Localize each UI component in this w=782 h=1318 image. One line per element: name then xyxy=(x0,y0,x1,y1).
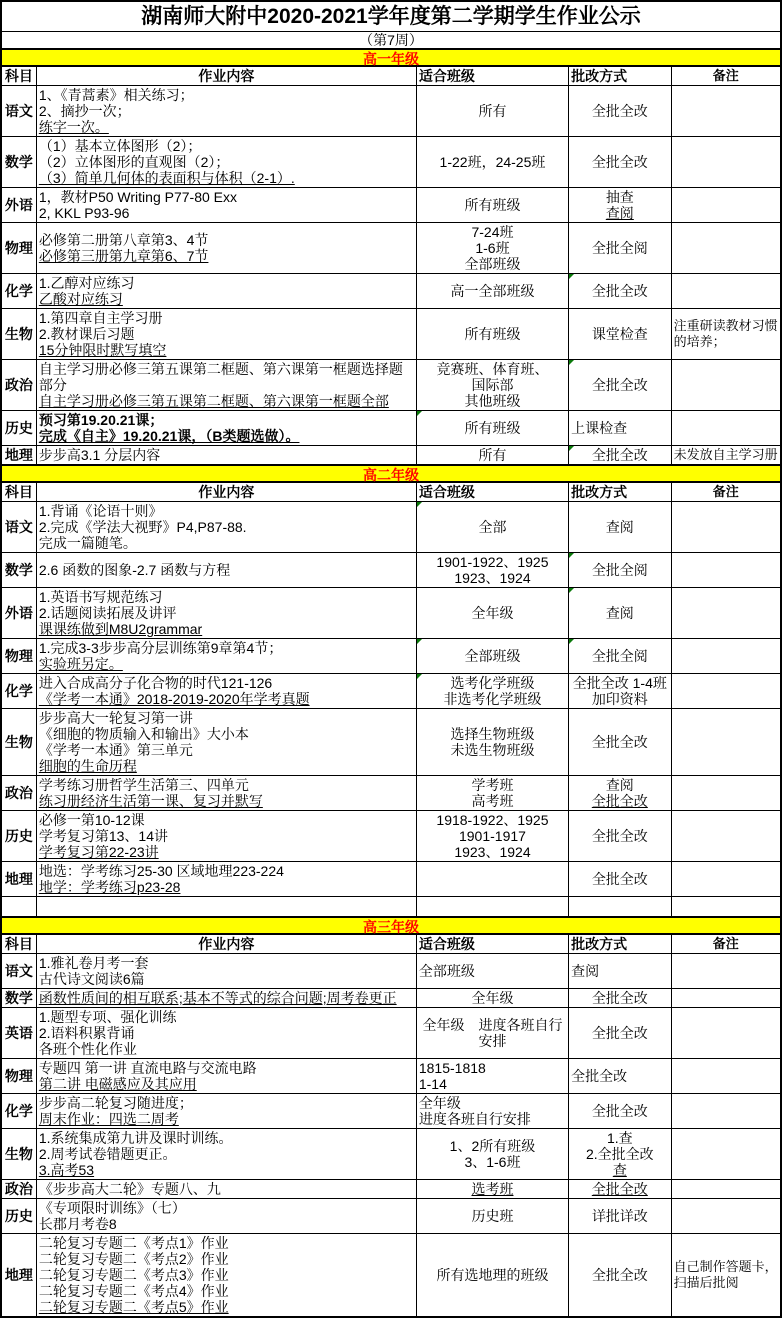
cell-line: 1.雅礼卷月考一套 xyxy=(39,955,149,971)
cell-line: 1923、1924 xyxy=(454,570,530,586)
content-cell: 2.6 函数的图象-2.7 函数与方程 xyxy=(36,553,416,587)
cell-line: 预习第19.20.21课； xyxy=(39,412,164,428)
method-cell: 全批全改 xyxy=(568,86,670,136)
content-cell: 专题四 第一讲 直流电路与交流电路第二讲 电磁感应及其应用 xyxy=(36,1059,416,1093)
cell-line: 自主学习册必修三第五课第二框题、第六课第一框题全部 xyxy=(39,393,389,409)
content-cell: 1.背诵《论语十则》2.完成《学法大视野》P4,P87-88.完成一篇随笔。 xyxy=(36,502,416,552)
subject-cell: 物理 xyxy=(2,1059,36,1093)
cell-line: 第二讲 电磁感应及其应用 xyxy=(39,1076,197,1092)
table-row: 化学进入合成高分子化合物的时代121-126《学考一本通》2018-2019-2… xyxy=(2,673,780,708)
header-row: 科目作业内容适合班级批改方式备注 xyxy=(2,66,780,85)
table-row: 语文1.背诵《论语十则》2.完成《学法大视野》P4,P87-88.完成一篇随笔。… xyxy=(2,501,780,552)
classes-cell: 全部 xyxy=(416,502,568,552)
cell-line: 完成一篇随笔。 xyxy=(39,535,137,551)
cell-line: 学考练习册哲学生活第三、四单元 xyxy=(39,777,249,793)
subject-cell: 政治 xyxy=(2,776,36,810)
classes-cell: 1-22班，24-25班 xyxy=(416,137,568,187)
classes-cell: 选考化学班级非选考化学班级 xyxy=(416,674,568,708)
column-header: 科目 xyxy=(2,67,36,85)
table-row: 政治自主学习册必修三第五课第二框题、第六课第一框题选择题部分自主学习册必修三第五… xyxy=(2,359,780,410)
content-cell: 《步步高大二轮》专题八、九 xyxy=(36,1180,416,1198)
cell-line: 2.完成《学法大视野》P4,P87-88. xyxy=(39,519,247,535)
cell-line: 实验班另定。 xyxy=(39,656,123,672)
table-row: 生物1.系统集成第九讲及课时训练。2.周考试卷错题更正。3.高考531、2所有班… xyxy=(2,1128,780,1179)
table-row: 历史《专项限时训练》（七）长郡月考卷8历史班详批详改 xyxy=(2,1198,780,1233)
cell-line: 高考班 xyxy=(471,793,513,809)
cell-line: 全批全改 xyxy=(592,283,648,299)
method-cell: 全批全改 xyxy=(568,811,670,861)
section-banner: 高二年级 xyxy=(2,464,780,482)
subject-cell xyxy=(2,897,36,916)
cell-line: 《学考一本通》2018-2019-2020年学考真题 xyxy=(39,691,310,707)
cell-line: 所有班级 xyxy=(464,197,520,213)
cell-line: 全批全改 xyxy=(592,103,648,119)
cell-line: 3.高考53 xyxy=(39,1162,94,1178)
table-row: 数学（1）基本立体图形（2）；（2）立体图形的直观图（2）；（3）简单几何体的表… xyxy=(2,136,780,187)
cell-line: 2.6 函数的图象-2.7 函数与方程 xyxy=(39,562,230,578)
cell-line: 15分钟限时默写填空 xyxy=(39,342,167,358)
method-cell: 全批全改 xyxy=(568,1094,670,1128)
note-cell xyxy=(671,1094,780,1128)
note-cell xyxy=(671,1059,780,1093)
cell-line: 课课练做到M8U2grammar xyxy=(39,621,202,637)
cell-line: 全部班级 xyxy=(464,256,520,272)
section-banner: 高三年级 xyxy=(2,916,780,934)
cell-line: 1918-1922、1925 xyxy=(436,812,548,828)
cell-line: 竞赛班、体育班、 xyxy=(436,361,548,377)
subject-cell: 生物 xyxy=(2,1129,36,1179)
note-cell xyxy=(671,137,780,187)
cell-line: 7-24班 xyxy=(471,224,513,240)
note-cell xyxy=(671,954,780,988)
method-cell: 抽查查阅 xyxy=(568,188,670,222)
content-cell: 《专项限时训练》（七）长郡月考卷8 xyxy=(36,1199,416,1233)
cell-line: 地选：学考练习25-30 区域地理223-224 xyxy=(39,863,284,879)
cell-line: 古代诗文阅读6篇 xyxy=(39,971,145,987)
cell-line: 所有班级 xyxy=(464,420,520,436)
classes-cell: 1901-1922、19251923、1924 xyxy=(416,553,568,587)
column-header: 适合班级 xyxy=(416,483,568,501)
cell-line: 全年级 xyxy=(419,1095,461,1111)
cell-line: 2.教材课后习题 xyxy=(39,326,135,342)
cell-line: 其他班级 xyxy=(464,393,520,409)
note-cell xyxy=(671,674,780,708)
method-cell: 1.查2.全批全改查 xyxy=(568,1129,670,1179)
subject-cell: 语文 xyxy=(2,86,36,136)
cell-line: 课堂检查 xyxy=(592,326,648,342)
classes-cell: 1815-18181-14 xyxy=(416,1059,568,1093)
table-row: 数学2.6 函数的图象-2.7 函数与方程1901-1922、19251923、… xyxy=(2,552,780,587)
cell-line: 全批全阅 xyxy=(592,648,648,664)
cell-line: （1）基本立体图形（2）； xyxy=(39,138,202,154)
cell-line: 全年级 xyxy=(471,990,513,1006)
column-header: 作业内容 xyxy=(36,483,416,501)
subject-cell: 化学 xyxy=(2,674,36,708)
note-cell xyxy=(671,588,780,638)
subject-cell: 生物 xyxy=(2,709,36,775)
column-header: 作业内容 xyxy=(36,935,416,953)
content-cell: （1）基本立体图形（2）；（2）立体图形的直观图（2）；（3）简单几何体的表面积… xyxy=(36,137,416,187)
method-cell: 查阅 xyxy=(568,954,670,988)
table-row: 数学函数性质间的相互联系;基本不等式的综合问题;周考卷更正全年级全批全改 xyxy=(2,988,780,1007)
method-cell: 查阅 xyxy=(568,588,670,638)
cell-line: 二轮复习专题二《考点3》作业 xyxy=(39,1267,229,1283)
cell-line: 进入合成高分子化合物的时代121-126 xyxy=(39,675,272,691)
content-cell: 1.乙醇对应练习乙酸对应练习 xyxy=(36,274,416,308)
header-row: 科目作业内容适合班级批改方式备注 xyxy=(2,934,780,953)
column-header: 批改方式 xyxy=(568,67,670,85)
cell-line: 1923、1924 xyxy=(454,844,530,860)
cell-line: 全批全改 xyxy=(592,447,648,463)
note-cell xyxy=(671,709,780,775)
subject-cell: 物理 xyxy=(2,223,36,273)
cell-line: 查阅 xyxy=(606,519,634,535)
method-cell: 全批全改 xyxy=(568,1059,670,1093)
classes-cell: 学考班高考班 xyxy=(416,776,568,810)
note-cell xyxy=(671,274,780,308)
note-cell xyxy=(671,1129,780,1179)
note-cell xyxy=(671,1199,780,1233)
cell-line: 二轮复习专题二《考点1》作业 xyxy=(39,1235,229,1251)
cell-line: 所有选地理的班级 xyxy=(436,1267,548,1283)
cell-line: 未发放自主学习册 xyxy=(674,447,778,463)
classes-cell: 竞赛班、体育班、国际部其他班级 xyxy=(416,360,568,410)
sections-container: 高一年级科目作业内容适合班级批改方式备注语文1、《青蒿素》相关练习；2、摘抄一次… xyxy=(2,48,780,1316)
cell-line: 3、1-6班 xyxy=(464,1154,520,1170)
cell-line: 1-14 xyxy=(419,1076,447,1092)
classes-cell: 所有班级 xyxy=(416,309,568,359)
cell-line: 二轮复习专题二《考点5》作业 xyxy=(39,1299,229,1315)
classes-cell: 所有 xyxy=(416,86,568,136)
note-cell xyxy=(671,1180,780,1198)
cell-line: 1901-1917 xyxy=(459,828,526,844)
content-cell: 必修第二册第八章第3、4节必修第三册第九章第6、7节 xyxy=(36,223,416,273)
cell-line: 1.乙醇对应练习 xyxy=(39,275,135,291)
column-header: 批改方式 xyxy=(568,935,670,953)
cell-line: 所有 xyxy=(478,447,506,463)
cell-line: 练字一次。 xyxy=(39,119,109,135)
method-cell: 上课检查 xyxy=(568,411,670,445)
note-cell xyxy=(671,223,780,273)
table-row: 化学步步高二轮复习随进度；周末作业：四选二周考全年级进度各班自行安排全批全改 xyxy=(2,1093,780,1128)
page-subtitle: （第7周） xyxy=(2,31,780,48)
cell-line: 步步高3.1 分层内容 xyxy=(39,447,160,463)
cell-line: 注重研读教材习惯的培养； xyxy=(674,318,778,350)
classes-cell: 所有 xyxy=(416,446,568,464)
cell-line: 步步高大一轮复习第一讲 xyxy=(39,710,193,726)
method-cell: 全批全改 xyxy=(568,1180,670,1198)
method-cell: 全批全改 xyxy=(568,137,670,187)
cell-line: （3）简单几何体的表面积与体积（2-1）. xyxy=(39,170,295,186)
cell-line: 全批全改 xyxy=(592,734,648,750)
cell-line: 查阅 xyxy=(571,963,599,979)
cell-line: 函数性质间的相互联系;基本不等式的综合问题;周考卷更正 xyxy=(39,990,397,1006)
cell-line: 查阅 xyxy=(606,605,634,621)
table-row: 地理地选：学考练习25-30 区域地理223-224地学：学考练习p23-28全… xyxy=(2,861,780,896)
method-cell: 全批全改 xyxy=(568,1008,670,1058)
column-header: 科目 xyxy=(2,935,36,953)
classes-cell: 所有班级 xyxy=(416,411,568,445)
subject-cell: 政治 xyxy=(2,360,36,410)
classes-cell: 全年级 进度各班自行安排 xyxy=(416,1008,568,1058)
classes-cell: 全年级 xyxy=(416,989,568,1007)
subject-cell: 化学 xyxy=(2,1094,36,1128)
content-cell: 1.英语书写规范练习2.话题阅读拓展及讲评课课练做到M8U2grammar xyxy=(36,588,416,638)
note-cell xyxy=(671,1008,780,1058)
method-cell: 全批全改 xyxy=(568,862,670,896)
table-row: 生物1.第四章自主学习册2.教材课后习题15分钟限时默写填空所有班级课堂检查注重… xyxy=(2,308,780,359)
column-header: 备注 xyxy=(671,935,780,953)
table-row: 外语1.英语书写规范练习2.话题阅读拓展及讲评课课练做到M8U2grammar全… xyxy=(2,587,780,638)
subject-cell: 历史 xyxy=(2,811,36,861)
subject-cell: 历史 xyxy=(2,411,36,445)
page-title: 湖南师大附中2020-2021学年度第二学期学生作业公示 xyxy=(2,2,780,31)
note-cell xyxy=(671,989,780,1007)
subject-cell: 数学 xyxy=(2,137,36,187)
subject-cell: 化学 xyxy=(2,274,36,308)
classes-cell: 高一全部班级 xyxy=(416,274,568,308)
method-cell: 查阅全批全改 xyxy=(568,776,670,810)
column-header: 适合班级 xyxy=(416,935,568,953)
subject-cell: 外语 xyxy=(2,188,36,222)
green-flag-icon xyxy=(569,360,574,365)
subject-cell: 语文 xyxy=(2,954,36,988)
classes-cell xyxy=(416,862,568,896)
cell-line: 加印资料 xyxy=(592,691,648,707)
column-header: 备注 xyxy=(671,67,780,85)
method-cell: 全批全改 xyxy=(568,274,670,308)
cell-line: 1815-1818 xyxy=(419,1060,486,1076)
cell-line: 全批全改 xyxy=(592,828,648,844)
cell-line: 地学：学考练习p23-28 xyxy=(39,879,181,895)
cell-line: 全批全改 xyxy=(592,377,648,393)
cell-line: 未选生物班级 xyxy=(450,742,534,758)
content-cell: 预习第19.20.21课；完成《自主》19.20.21课，（B类题选做）。 xyxy=(36,411,416,445)
table-row: 语文1.雅礼卷月考一套古代诗文阅读6篇全部班级查阅 xyxy=(2,953,780,988)
table-row: 化学1.乙醇对应练习乙酸对应练习高一全部班级全批全改 xyxy=(2,273,780,308)
note-cell xyxy=(671,86,780,136)
cell-line: 查阅 xyxy=(606,777,634,793)
note-cell xyxy=(671,188,780,222)
table-row: 政治《步步高大二轮》专题八、九选考班全批全改 xyxy=(2,1179,780,1198)
cell-line: 各班个性化作业 xyxy=(39,1041,137,1057)
cell-line: （2）立体图形的直观图（2）； xyxy=(39,154,230,170)
cell-line: 1-6班 xyxy=(475,240,509,256)
content-cell xyxy=(36,897,416,916)
cell-line: 查阅 xyxy=(606,205,634,221)
note-cell xyxy=(671,502,780,552)
method-cell: 全批全阅 xyxy=(568,553,670,587)
cell-line: 1.背诵《论语十则》 xyxy=(39,503,163,519)
green-flag-icon xyxy=(569,553,574,558)
note-cell xyxy=(671,776,780,810)
column-header: 批改方式 xyxy=(568,483,670,501)
green-flag-icon xyxy=(417,411,422,416)
cell-line: 长郡月考卷8 xyxy=(39,1216,117,1232)
cell-line: 全批全改 xyxy=(571,1068,627,1084)
green-flag-icon xyxy=(569,639,574,644)
content-cell: 进入合成高分子化合物的时代121-126《学考一本通》2018-2019-202… xyxy=(36,674,416,708)
classes-cell: 1918-1922、19251901-19171923、1924 xyxy=(416,811,568,861)
cell-line: 学考班 xyxy=(471,777,513,793)
note-cell xyxy=(671,639,780,673)
cell-line: 细胞的生命历程 xyxy=(39,758,137,774)
cell-line: 全年级 进度各班自行 xyxy=(422,1017,562,1033)
table-row: 英语1.题型专项、强化训练2.语料积累背诵各班个性化作业全年级 进度各班自行安排… xyxy=(2,1007,780,1058)
cell-line: 1、《青蒿素》相关练习； xyxy=(39,87,194,103)
cell-line: 2.话题阅读拓展及讲评 xyxy=(39,605,177,621)
cell-line: 练习册经济生活第一课、复习并默写 xyxy=(39,793,263,809)
content-cell: 1.雅礼卷月考一套古代诗文阅读6篇 xyxy=(36,954,416,988)
table-row: 历史预习第19.20.21课；完成《自主》19.20.21课，（B类题选做）。所… xyxy=(2,410,780,445)
cell-line: 全部班级 xyxy=(419,963,475,979)
cell-line: 全批全改 xyxy=(592,1181,648,1197)
cell-line: 详批详改 xyxy=(592,1208,648,1224)
table-row: 外语1，教材P50 Writing P77-80 Exx2, KKL P93-9… xyxy=(2,187,780,222)
subject-cell: 物理 xyxy=(2,639,36,673)
method-cell: 全批全改 xyxy=(568,446,670,464)
cell-line: 全部班级 xyxy=(464,648,520,664)
cell-line: 安排 xyxy=(478,1033,506,1049)
table-row: 语文1、《青蒿素》相关练习；2、摘抄一次；练字一次。所有全批全改 xyxy=(2,85,780,136)
cell-line: 2.全批全改 xyxy=(586,1146,654,1162)
note-cell: 注重研读教材习惯的培养； xyxy=(671,309,780,359)
table-row: 地理步步高3.1 分层内容所有全批全改未发放自主学习册 xyxy=(2,445,780,464)
cell-line: 自主学习册必修三第五课第二框题、第六课第一框题选择题部分 xyxy=(39,361,414,393)
content-cell: 步步高3.1 分层内容 xyxy=(36,446,416,464)
classes-cell xyxy=(416,897,568,916)
subject-cell: 外语 xyxy=(2,588,36,638)
green-flag-icon xyxy=(569,446,574,451)
subject-cell: 地理 xyxy=(2,862,36,896)
subject-cell: 数学 xyxy=(2,989,36,1007)
homework-notice-sheet: 湖南师大附中2020-2021学年度第二学期学生作业公示 （第7周） 高一年级科… xyxy=(0,0,782,1318)
green-flag-icon xyxy=(569,274,574,279)
cell-line: 周末作业：四选二周考 xyxy=(39,1111,179,1127)
classes-cell: 所有选地理的班级 xyxy=(416,1234,568,1316)
subject-cell: 政治 xyxy=(2,1180,36,1198)
cell-line: 1，教材P50 Writing P77-80 Exx xyxy=(39,189,237,205)
cell-line: 2.周考试卷错题更正。 xyxy=(39,1146,177,1162)
cell-line: 1.英语书写规范练习 xyxy=(39,589,163,605)
subject-cell: 地理 xyxy=(2,1234,36,1316)
cell-line: 二轮复习专题二《考点2》作业 xyxy=(39,1251,229,1267)
classes-cell: 全年级 xyxy=(416,588,568,638)
content-cell: 1、《青蒿素》相关练习；2、摘抄一次；练字一次。 xyxy=(36,86,416,136)
cell-line: 学考复习第13、14讲 xyxy=(39,828,168,844)
classes-cell: 全部班级 xyxy=(416,639,568,673)
content-cell: 1.系统集成第九讲及课时训练。2.周考试卷错题更正。3.高考53 xyxy=(36,1129,416,1179)
column-header: 备注 xyxy=(671,483,780,501)
cell-line: 全部 xyxy=(478,519,506,535)
table-row: 生物步步高大一轮复习第一讲《细胞的物质输入和输出》大小本《学考一本通》第三单元细… xyxy=(2,708,780,775)
cell-line: 《专项限时训练》（七） xyxy=(39,1200,186,1216)
method-cell: 全批全改 xyxy=(568,1234,670,1316)
cell-line: 学考复习第22-23讲 xyxy=(39,844,159,860)
cell-line: 1.查 xyxy=(607,1130,633,1146)
content-cell: 1.完成3-3步步高分层训练第9章第4节；实验班另定。 xyxy=(36,639,416,673)
green-flag-icon xyxy=(569,588,574,593)
cell-line: 全批全改 xyxy=(592,154,648,170)
method-cell: 全批全改 xyxy=(568,709,670,775)
cell-line: 全批全阅 xyxy=(592,562,648,578)
table-row: 政治学考练习册哲学生活第三、四单元练习册经济生活第一课、复习并默写学考班高考班查… xyxy=(2,775,780,810)
cell-line: 步步高二轮复习随进度； xyxy=(39,1095,193,1111)
classes-cell: 历史班 xyxy=(416,1199,568,1233)
cell-line: 1、2所有班级 xyxy=(450,1138,536,1154)
note-cell xyxy=(671,553,780,587)
classes-cell: 7-24班1-6班全部班级 xyxy=(416,223,568,273)
cell-line: 1.题型专项、强化训练 xyxy=(39,1009,177,1025)
content-cell: 1，教材P50 Writing P77-80 Exx2, KKL P93-96 xyxy=(36,188,416,222)
cell-line: 全批全改 xyxy=(592,1025,648,1041)
cell-line: 自己制作答题卡，扫描后批阅 xyxy=(674,1259,778,1291)
cell-line: 全批全改 xyxy=(592,990,648,1006)
method-cell: 全批全改 xyxy=(568,360,670,410)
method-cell: 全批全阅 xyxy=(568,639,670,673)
content-cell: 二轮复习专题二《考点1》作业二轮复习专题二《考点2》作业二轮复习专题二《考点3》… xyxy=(36,1234,416,1316)
subject-cell: 数学 xyxy=(2,553,36,587)
cell-line: 乙酸对应练习 xyxy=(39,291,123,307)
subject-cell: 地理 xyxy=(2,446,36,464)
cell-line: 2.语料积累背诵 xyxy=(39,1025,135,1041)
note-cell xyxy=(671,411,780,445)
method-cell: 查阅 xyxy=(568,502,670,552)
method-cell: 全批全改 1-4班加印资料 xyxy=(568,674,670,708)
classes-cell: 所有班级 xyxy=(416,188,568,222)
header-row: 科目作业内容适合班级批改方式备注 xyxy=(2,482,780,501)
note-cell xyxy=(671,360,780,410)
cell-line: 进度各班自行安排 xyxy=(419,1111,531,1127)
content-cell: 步步高二轮复习随进度；周末作业：四选二周考 xyxy=(36,1094,416,1128)
cell-line: 全批全改 xyxy=(592,1267,648,1283)
table-row: 历史必修一第10-12课学考复习第13、14讲学考复习第22-23讲1918-1… xyxy=(2,810,780,861)
classes-cell: 选考班 xyxy=(416,1180,568,1198)
cell-line: 上课检查 xyxy=(571,420,627,436)
cell-line: 选择生物班级 xyxy=(450,726,534,742)
section-banner: 高一年级 xyxy=(2,48,780,66)
content-cell: 自主学习册必修三第五课第二框题、第六课第一框题选择题部分自主学习册必修三第五课第… xyxy=(36,360,416,410)
cell-line: 所有班级 xyxy=(464,326,520,342)
cell-line: 必修第二册第八章第3、4节 xyxy=(39,232,209,248)
content-cell: 1.题型专项、强化训练2.语料积累背诵各班个性化作业 xyxy=(36,1008,416,1058)
note-cell xyxy=(671,897,780,916)
note-cell xyxy=(671,862,780,896)
subject-cell: 生物 xyxy=(2,309,36,359)
classes-cell: 全年级进度各班自行安排 xyxy=(416,1094,568,1128)
cell-line: 必修第三册第九章第6、7节 xyxy=(39,248,209,264)
cell-line: 2、摘抄一次； xyxy=(39,103,131,119)
cell-line: 专题四 第一讲 直流电路与交流电路 xyxy=(39,1060,257,1076)
cell-line: 1.第四章自主学习册 xyxy=(39,310,163,326)
cell-line: 国际部 xyxy=(471,377,513,393)
cell-line: 1901-1922、1925 xyxy=(436,554,548,570)
content-cell: 函数性质间的相互联系;基本不等式的综合问题;周考卷更正 xyxy=(36,989,416,1007)
green-flag-icon xyxy=(417,639,422,644)
cell-line: 2, KKL P93-96 xyxy=(39,205,130,221)
column-header: 科目 xyxy=(2,483,36,501)
cell-line: 全年级 xyxy=(471,605,513,621)
method-cell: 详批详改 xyxy=(568,1199,670,1233)
cell-line: 全批全阅 xyxy=(592,240,648,256)
classes-cell: 选择生物班级未选生物班级 xyxy=(416,709,568,775)
table-row: 物理必修第二册第八章第3、4节必修第三册第九章第6、7节7-24班1-6班全部班… xyxy=(2,222,780,273)
content-cell: 地选：学考练习25-30 区域地理223-224地学：学考练习p23-28 xyxy=(36,862,416,896)
green-flag-icon xyxy=(417,502,422,507)
cell-line: 二轮复习专题二《考点4》作业 xyxy=(39,1283,229,1299)
cell-line: 选考班 xyxy=(471,1181,513,1197)
cell-line: 必修一第10-12课 xyxy=(39,812,145,828)
